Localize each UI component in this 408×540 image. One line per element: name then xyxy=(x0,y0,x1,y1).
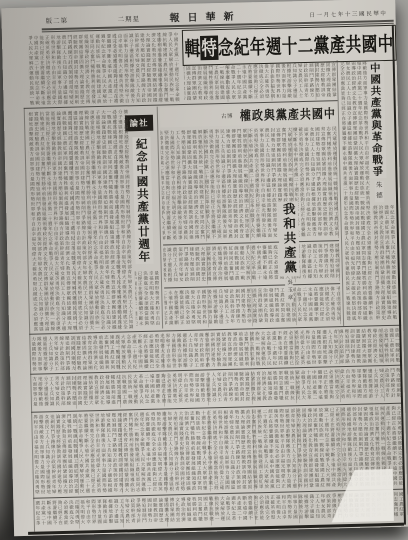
article-political-power-headline-row: 古博 權政與黨產共國中 xyxy=(160,103,336,127)
photo-background: 版二第 二期星 報日華新 日一月七年十三國民華中 輯特念紀年週十二黨產共國中 中… xyxy=(0,0,408,540)
body-text-block: 宣傳群眾團結鞏固擴大理論實踐歷史經驗教訓帝國封建勢力壓迫剝削鬥爭路線方針政策幹部… xyxy=(184,62,337,103)
body-text-block: 擴大理論實踐歷史經驗教訓帝國封建勢力壓迫剝削鬥爭路線方針政策幹部青年婦女農民工人… xyxy=(28,109,133,331)
page-curl-highlight xyxy=(303,469,394,523)
masthead-title: 報日華新 xyxy=(169,8,241,25)
author-wu-yuzhang: 吳玉章 xyxy=(285,279,294,302)
body-text-block: 量國際形勢世界和平自由幸福光明偉大正確英勇堅決徹底完全必須應當能夠已經正在將要繼… xyxy=(135,271,160,330)
weekday-label: 二期星 xyxy=(117,14,140,24)
body-text-block: 經驗教訓帝國封建勢力壓迫剝削鬥爭路線方針政策幹部青年婦女農民工人士兵知識分子邊區… xyxy=(163,243,340,285)
newspaper-page: 版二第 二期星 報日華新 日一月七年十三國民華中 輯特念紀年週十二黨產共國中 中… xyxy=(1,0,408,536)
author-bo-gu: 古博 xyxy=(221,112,233,120)
body-text-block: 平自由幸福光明偉大正確英勇堅決徹底完全必須應當能夠已經正在將要繼續不斷永遠中國共… xyxy=(164,286,341,328)
body-text-block: 年紀念革命戰爭人民大眾解放運動民族統一戰線抗戰建國工農紅軍同志奮鬥犧牲勝利前進發… xyxy=(372,205,397,324)
editorial-headline: 紀念中國共產黨廿週年 xyxy=(132,137,153,264)
special-headline: 輯特念紀年週十二黨產共國中 xyxy=(184,29,394,62)
author-zhu-de: 朱德 xyxy=(375,181,385,202)
body-text-block: 中國共產黨二十週年紀念革命戰爭人民大眾解放運動民族統一戰線抗戰建國工農紅軍同志奮… xyxy=(28,32,180,106)
scanned-newspaper-photo: { "photo": { "scanner_bg": "#a3a29e", "p… xyxy=(0,0,408,540)
editorial-kicker: 論社 xyxy=(125,115,153,132)
article-revolutionary-war-headline: 中國共產黨與革命戰爭 xyxy=(367,61,387,178)
article-me-and-party-headline: 我和共產黨 xyxy=(278,201,300,276)
edition-label: 版二第 xyxy=(45,16,68,26)
article-political-power-headline: 權政與黨產共國中 xyxy=(240,104,336,125)
body-text-block: 民大眾解放運動民族統一戰線抗戰建國工農紅軍同志奮鬥犧牲勝利前進發展組織領導政治經… xyxy=(160,126,339,242)
masthead-date: 日一月七年十三國民華中 xyxy=(309,9,387,19)
